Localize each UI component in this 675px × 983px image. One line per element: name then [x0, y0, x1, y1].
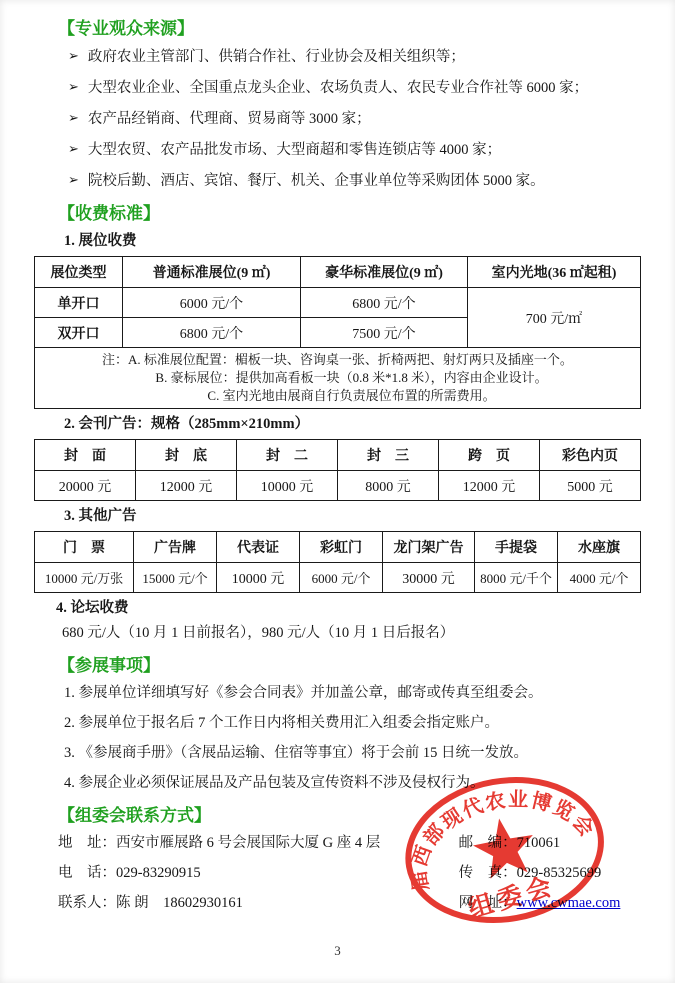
other-ad-table: 门 票 广告牌 代表证 彩虹门 龙门架广告 手提袋 水座旗 10000 元/万张…: [34, 531, 641, 593]
arrow-bullet-icon: ➢: [68, 107, 79, 128]
column-header: 封 三: [338, 440, 439, 471]
forum-fee-heading: 4. 论坛收费: [56, 598, 641, 619]
other-ad-heading: 3. 其他广告: [64, 506, 641, 527]
column-header: 豪华标准展位(9 ㎡): [301, 257, 468, 288]
section-title-exhibition-notes: 【参展事项】: [58, 653, 641, 678]
postcode-value: 710061: [517, 835, 561, 851]
contact-row-address: 地 址：西安市雁展路 6 号会展国际大厦 G 座 4 层 邮 编：710061: [58, 833, 641, 854]
list-item-text: 大型农贸、农产品批发市场、大型商超和零售连锁店等 4000 家；: [88, 142, 501, 158]
column-header: 代表证: [217, 532, 300, 563]
table-header-row: 门 票 广告牌 代表证 彩虹门 龙门架广告 手提袋 水座旗: [35, 532, 641, 563]
note-line: 注：A. 标准展位配置：楣板一块、咨询桌一张、折椅两把、射灯两只及插座一个。: [39, 351, 636, 369]
fax-value: 029-85325699: [517, 865, 602, 881]
contact-person-value: 陈 朗 18602930161: [116, 895, 243, 911]
column-header: 封 底: [136, 440, 237, 471]
table-cell: 30000 元: [383, 563, 475, 593]
table-cell: 15000 元/个: [134, 563, 217, 593]
booth-fee-table: 展位类型 普通标准展位(9 ㎡) 豪华标准展位(9 ㎡) 室内光地(36 ㎡起租…: [34, 256, 641, 409]
visitor-list: ➢政府农业主管部门、供销合作社、行业协会及相关组织等； ➢大型农业企业、全国重点…: [34, 46, 641, 192]
list-item: ➢大型农贸、农产品批发市场、大型商超和零售连锁店等 4000 家；: [68, 139, 641, 161]
journal-ad-table: 封 面 封 底 封 二 封 三 跨 页 彩色内页 20000 元 12000 元…: [34, 439, 641, 501]
list-item: 4. 参展企业必须保证展品及产品包装及宣传资料不涉及侵权行为。: [64, 773, 641, 794]
column-header: 普通标准展位(9 ㎡): [123, 257, 301, 288]
column-header: 门 票: [35, 532, 134, 563]
table-cell: 4000 元/个: [558, 563, 641, 593]
phone-value: 029-83290915: [116, 865, 201, 881]
table-cell: 8000 元: [338, 471, 439, 501]
list-item: ➢政府农业主管部门、供销合作社、行业协会及相关组织等；: [68, 46, 641, 68]
document-page: 【专业观众来源】 ➢政府农业主管部门、供销合作社、行业协会及相关组织等； ➢大型…: [0, 0, 675, 983]
column-header: 彩色内页: [540, 440, 641, 471]
list-item-text: 院校后勤、酒店、宾馆、餐厅、机关、企事业单位等采购团体 5000 家。: [88, 173, 545, 189]
website-link[interactable]: www.cwmae.com: [517, 895, 621, 911]
table-cell: 10000 元: [237, 471, 338, 501]
table-row: 单开口 6000 元/个 6800 元/个 700 元/㎡: [35, 288, 641, 318]
arrow-bullet-icon: ➢: [68, 45, 79, 66]
table-cell: 6000 元/个: [123, 288, 301, 318]
phone-label: 电 话：: [58, 865, 116, 881]
table-row: 20000 元 12000 元 10000 元 8000 元 12000 元 5…: [35, 471, 641, 501]
table-note-row: 注：A. 标准展位配置：楣板一块、咨询桌一张、折椅两把、射灯两只及插座一个。 B…: [35, 348, 641, 409]
column-header: 封 面: [35, 440, 136, 471]
column-header: 手提袋: [475, 532, 558, 563]
column-header: 室内光地(36 ㎡起租): [468, 257, 641, 288]
exhibition-notes-list: 1. 参展单位详细填写好《参会合同表》并加盖公章，邮寄或传真至组委会。 2. 参…: [34, 683, 641, 794]
note-line: B. 豪标展位：提供加高看板一块（0.8 米*1.8 米），内容由企业设计。: [39, 369, 636, 387]
column-header: 封 二: [237, 440, 338, 471]
table-cell: 6800 元/个: [123, 318, 301, 348]
list-item-text: 大型农业企业、全国重点龙头企业、农场负责人、农民专业合作社等 6000 家；: [88, 80, 588, 96]
column-header: 跨 页: [439, 440, 540, 471]
column-header: 广告牌: [134, 532, 217, 563]
table-cell: 6000 元/个: [300, 563, 383, 593]
journal-ad-heading: 2. 会刊广告：规格（285mm×210mm）: [64, 414, 641, 435]
list-item: ➢院校后勤、酒店、宾馆、餐厅、机关、企事业单位等采购团体 5000 家。: [68, 170, 641, 192]
table-cell: 8000 元/千个: [475, 563, 558, 593]
booth-fee-heading: 1. 展位收费: [64, 231, 641, 252]
table-cell: 12000 元: [136, 471, 237, 501]
table-cell: 7500 元/个: [301, 318, 468, 348]
contact-row-person: 联系人：陈 朗 18602930161 网 址：www.cwmae.com: [58, 893, 641, 914]
table-cell: 10000 元/万张: [35, 563, 134, 593]
row-label: 单开口: [35, 288, 123, 318]
postcode-label: 邮 编：: [459, 835, 517, 851]
section-title-fees: 【收费标准】: [58, 201, 641, 226]
row-label: 双开口: [35, 318, 123, 348]
contact-row-phone: 电 话：029-83290915 传 真：029-85325699: [58, 863, 641, 884]
table-cell: 10000 元: [217, 563, 300, 593]
table-header-row: 封 面 封 底 封 二 封 三 跨 页 彩色内页: [35, 440, 641, 471]
note-line: C. 室内光地由展商自行负责展位布置的所需费用。: [39, 387, 636, 405]
fax-label: 传 真：: [459, 865, 517, 881]
list-item: ➢大型农业企业、全国重点龙头企业、农场负责人、农民专业合作社等 6000 家；: [68, 77, 641, 99]
table-cell-merged: 700 元/㎡: [468, 288, 641, 348]
section-title-contact: 【组委会联系方式】: [58, 803, 641, 828]
column-header: 龙门架广告: [383, 532, 475, 563]
forum-fee-text: 680 元/人（10 月 1 日前报名），980 元/人（10 月 1 日后报名…: [62, 623, 641, 644]
column-header: 水座旗: [558, 532, 641, 563]
column-header: 彩虹门: [300, 532, 383, 563]
address-label: 地 址：: [58, 835, 116, 851]
page-number: 3: [0, 943, 675, 959]
list-item-text: 农产品经销商、代理商、贸易商等 3000 家；: [88, 111, 371, 127]
table-cell: 5000 元: [540, 471, 641, 501]
address-value: 西安市雁展路 6 号会展国际大厦 G 座 4 层: [116, 835, 380, 851]
website-label: 网 址：: [459, 895, 517, 911]
section-title-visitors: 【专业观众来源】: [58, 16, 641, 41]
list-item: ➢农产品经销商、代理商、贸易商等 3000 家；: [68, 108, 641, 130]
table-row: 10000 元/万张 15000 元/个 10000 元 6000 元/个 30…: [35, 563, 641, 593]
list-item-text: 政府农业主管部门、供销合作社、行业协会及相关组织等；: [88, 49, 465, 65]
table-cell: 6800 元/个: [301, 288, 468, 318]
list-item: 3. 《参展商手册》（含展品运输、住宿等事宜）将于会前 15 日统一发放。: [64, 743, 641, 764]
contact-person-label: 联系人：: [58, 895, 116, 911]
table-notes: 注：A. 标准展位配置：楣板一块、咨询桌一张、折椅两把、射灯两只及插座一个。 B…: [35, 348, 641, 409]
list-item: 1. 参展单位详细填写好《参会合同表》并加盖公章，邮寄或传真至组委会。: [64, 683, 641, 704]
table-header-row: 展位类型 普通标准展位(9 ㎡) 豪华标准展位(9 ㎡) 室内光地(36 ㎡起租…: [35, 257, 641, 288]
list-item: 2. 参展单位于报名后 7 个工作日内将相关费用汇入组委会指定账户。: [64, 713, 641, 734]
table-cell: 12000 元: [439, 471, 540, 501]
column-header: 展位类型: [35, 257, 123, 288]
arrow-bullet-icon: ➢: [68, 169, 79, 190]
table-cell: 20000 元: [35, 471, 136, 501]
arrow-bullet-icon: ➢: [68, 138, 79, 159]
arrow-bullet-icon: ➢: [68, 76, 79, 97]
